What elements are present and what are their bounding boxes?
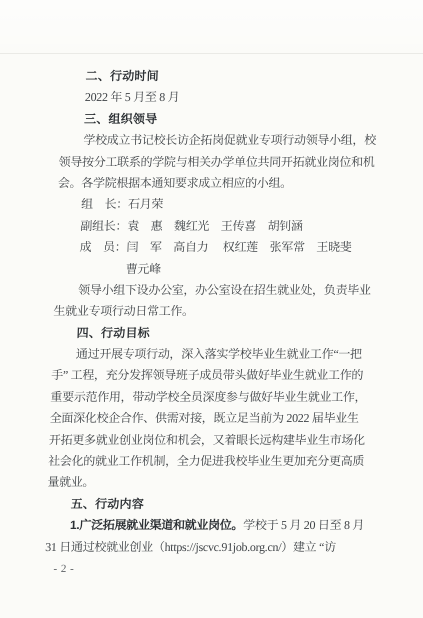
paragraph-item-1-line: 1.广泛拓展就业渠道和就业岗位。学校于 5 月 20 日至 8 月 [46,515,369,536]
roster-deputy-line: 副组长：袁 惠 魏红光 王传喜 胡钊涵 [56,216,379,237]
paragraph-action-time: 2022 年 5 月至 8 月 [61,87,384,108]
item-1-text-run: 学校于 5 月 20 日至 8 月 [243,518,364,532]
paragraph-line: 会。各学院根据本通知要求成立相应的小组。 [58,173,381,194]
heading-section-4-action-goal: 四、行动目标 [52,323,375,344]
heading-section-5-action-content: 五、行动内容 [46,494,369,515]
paragraph-line: 社会化的就业工作机制，全力促进我校毕业生更加充分更高质 [48,451,371,472]
paragraph-line: 重要示范作用，带动学校全员深度参与做好毕业生就业工作， [50,387,373,408]
roster-members-line: 成 员：闫 军 高自力 权红莲 张军常 王晓斐 [55,237,378,258]
paragraph-line: 通过开展专项行动，深入落实学校毕业生就业工作“一把 [52,344,375,365]
document-body: 二、行动时间 2022 年 5 月至 8 月 三、组织领导 学校成立书记校长访企… [44,66,384,580]
paragraph-line: 31 日通过校就业创业（https://jscvc.91job.org.cn/）… [45,537,368,558]
scan-artifact-line [0,53,423,54]
paragraph-line: 开拓更多就业创业岗位和机会，又着眼长远构建毕业生市场化 [49,430,372,451]
paragraph-line: 全面深化校企合作、供需对接，既立足当前为 2022 届毕业生 [49,408,372,429]
roster-leader-line: 组 长：石月荣 [57,194,380,215]
page-number: - 2 - [44,559,367,580]
paragraph-line: 量就业。 [47,472,370,493]
heading-section-3-organization: 三、组织领导 [60,109,383,130]
document-page: 二、行动时间 2022 年 5 月至 8 月 三、组织领导 学校成立书记校长访企… [0,0,423,618]
scanned-document-screenshot: { "colors": { "paper": "#fbfbf8", "ink":… [0,0,423,618]
paragraph-line: 学校成立书记校长访企拓岗促就业专项行动领导小组，校 [59,130,382,151]
item-1-bold-title: 1.广泛拓展就业渠道和就业岗位。 [70,518,244,532]
paragraph-line: 领导小组下设办公室，办公室设在招生就业处，负责毕业 [54,280,377,301]
roster-members-continued-line: 曹元峰 [55,259,378,280]
heading-section-2-action-time: 二、行动时间 [61,66,384,87]
paragraph-line: 领导按分工联系的学院与相关办学单位共同开拓就业岗位和机 [58,152,381,173]
paragraph-line: 手” 工程，充分发挥领导班子成员带头做好毕业生就业工作的 [51,365,374,386]
paragraph-line: 生就业专项行动日常工作。 [53,301,376,322]
